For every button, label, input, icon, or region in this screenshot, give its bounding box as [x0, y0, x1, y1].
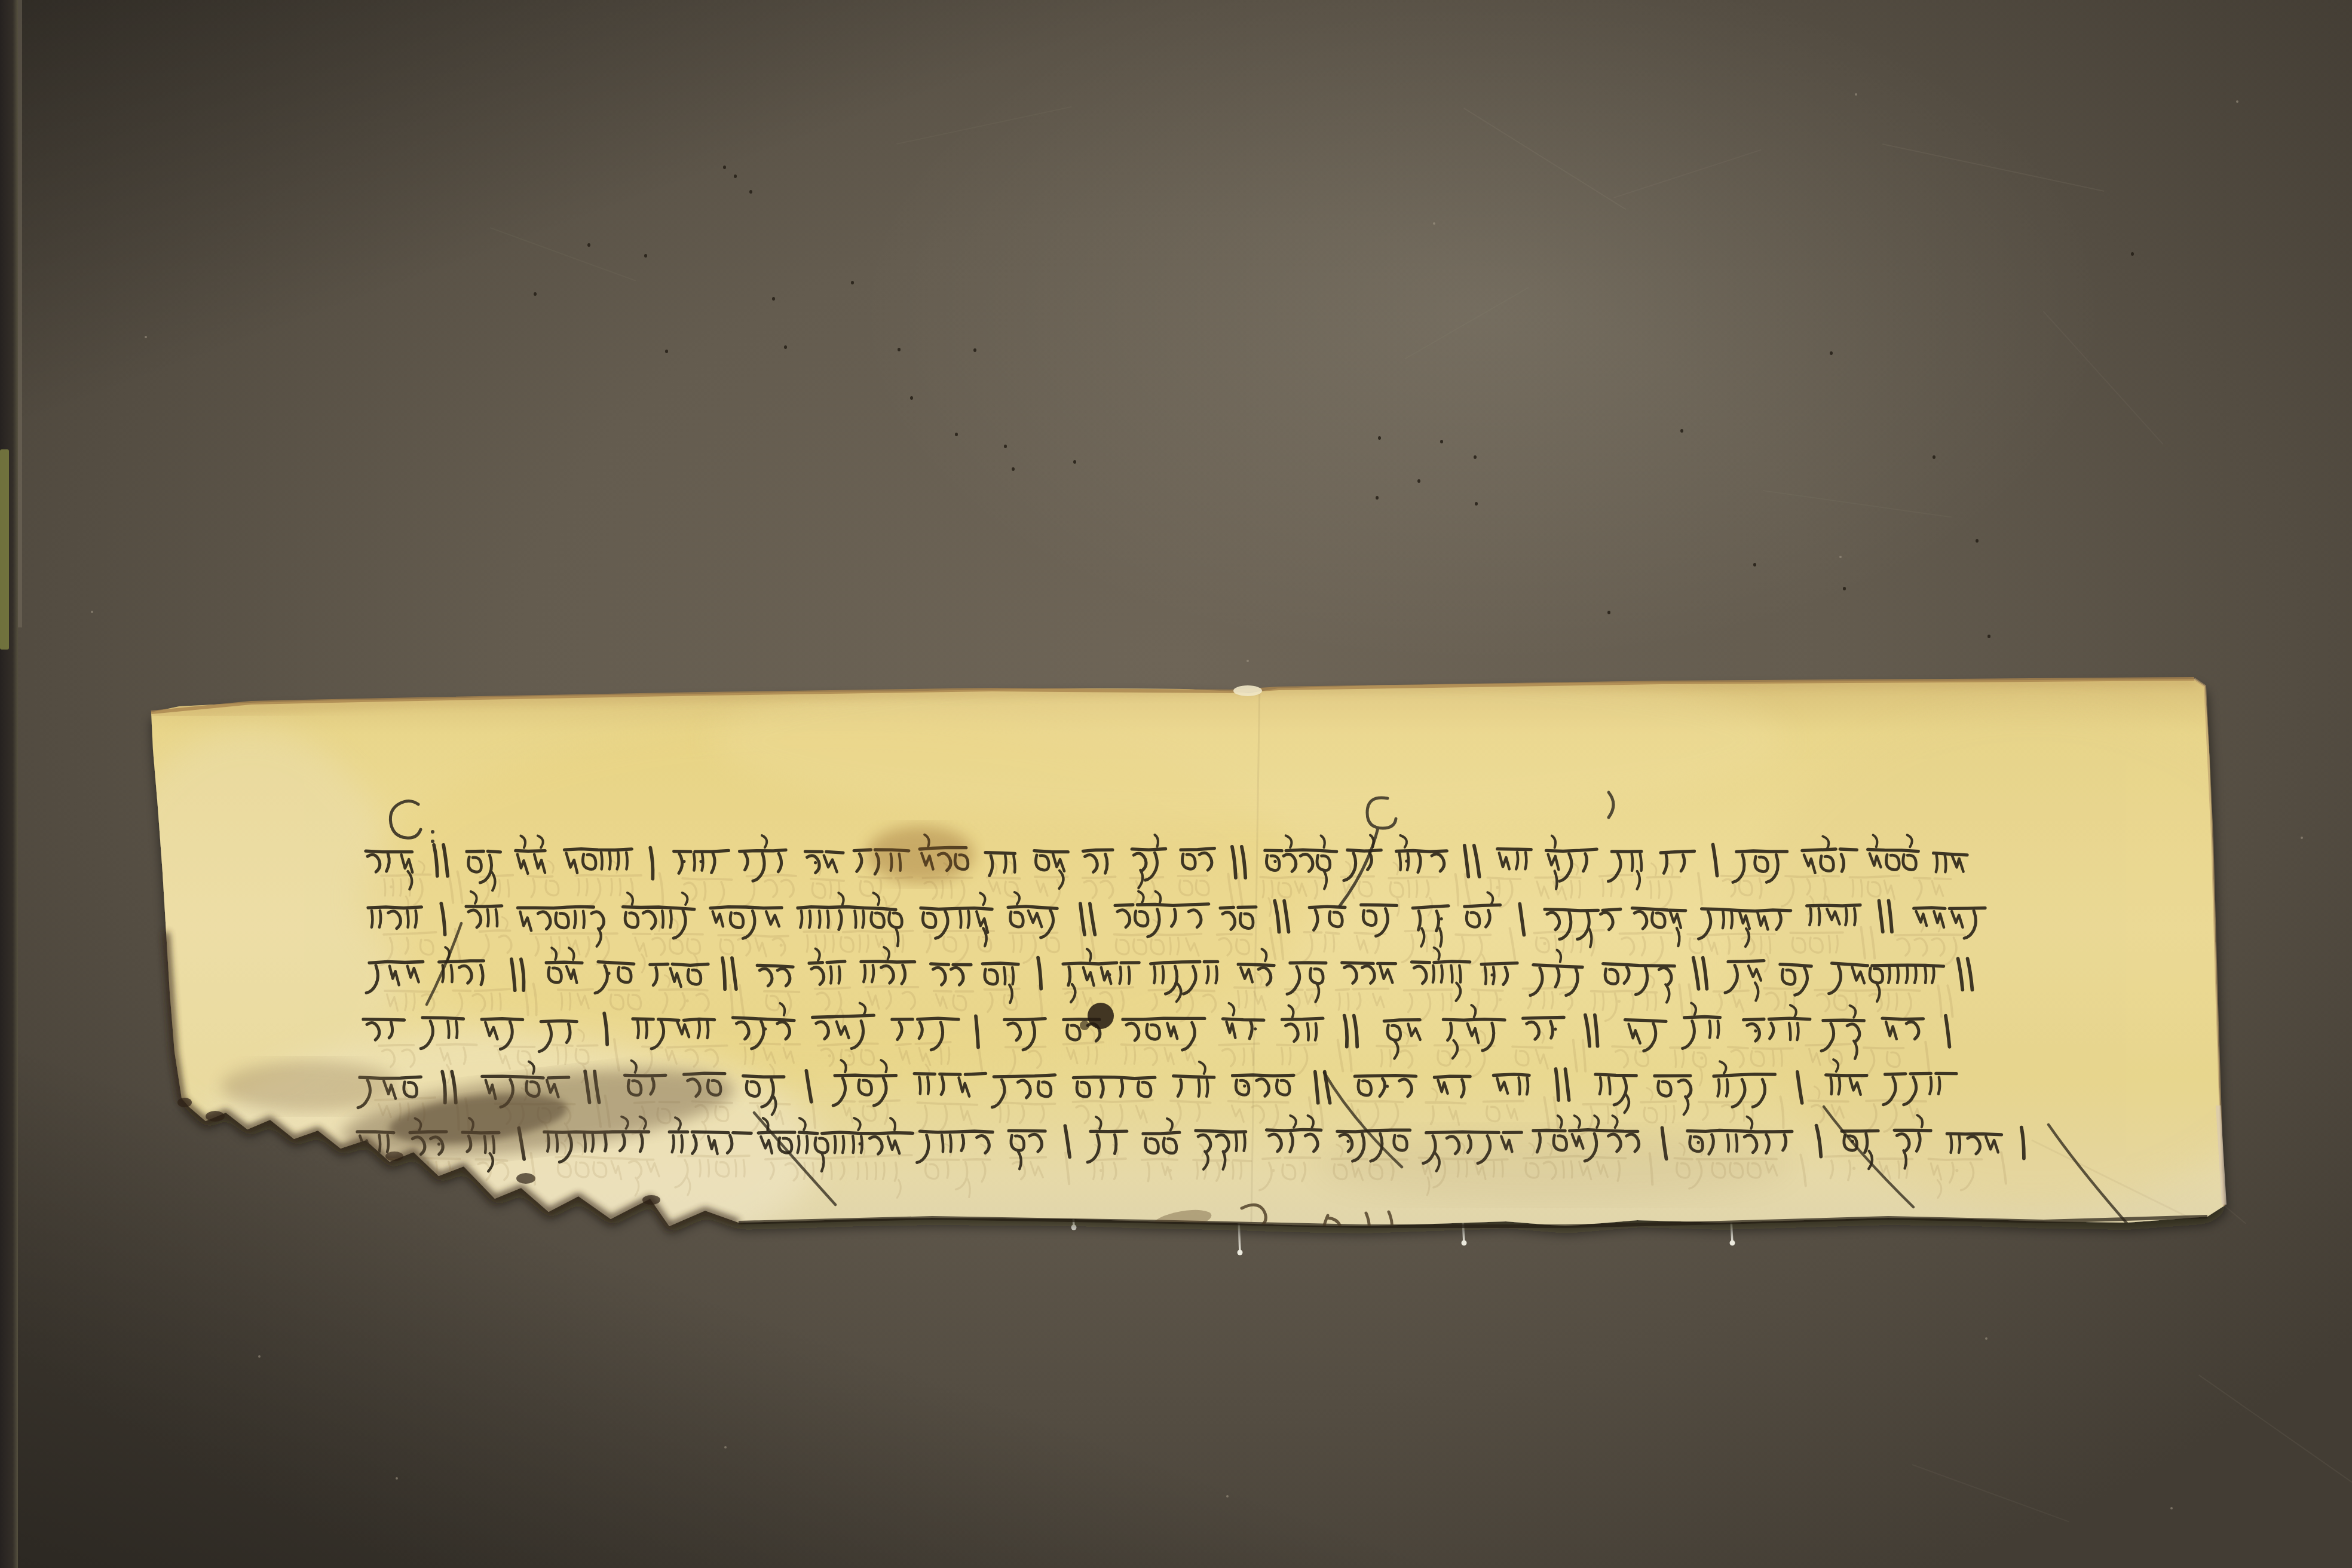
manuscript-photo-svg — [0, 0, 2352, 1568]
mounting-pin — [1238, 1220, 1243, 1255]
ink-blot — [1088, 1003, 1114, 1029]
top-edge-chip — [1233, 685, 1262, 696]
mounting-pin — [1462, 1219, 1467, 1246]
photo-backdrop — [0, 0, 2352, 1568]
brown-stain — [866, 826, 974, 883]
